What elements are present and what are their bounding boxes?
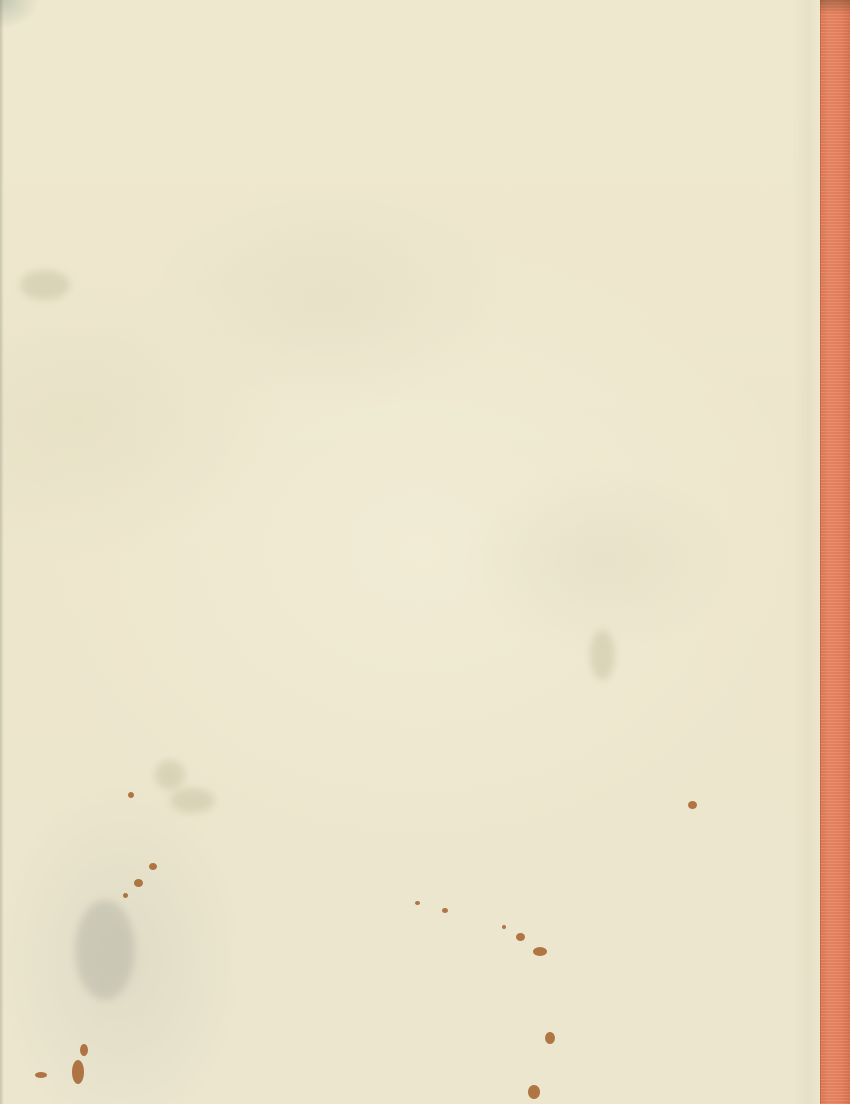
corner-wear (0, 0, 40, 30)
book-back-cover (0, 0, 850, 1104)
foxing-spot (688, 801, 697, 809)
foxing-spot (415, 901, 420, 905)
foxing-spot (502, 925, 506, 929)
stain (590, 630, 615, 680)
foxing-spot (442, 908, 448, 913)
stain (155, 760, 185, 790)
foxing-spot (123, 893, 128, 898)
cloth-spine-strip (820, 0, 850, 1104)
foxing-spot (72, 1060, 84, 1084)
spine-hinge-edge (792, 0, 820, 1104)
left-edge-shadow (0, 0, 4, 1104)
stain (20, 270, 70, 300)
foxing-spot (533, 947, 547, 956)
foxing-spot (516, 933, 525, 941)
stain (170, 788, 215, 813)
foxing-spot (128, 792, 134, 798)
foxing-spot (545, 1032, 555, 1044)
spine-top-wear (820, 0, 850, 14)
foxing-spot (35, 1072, 47, 1078)
foxing-spot (149, 863, 157, 870)
stain (75, 900, 135, 1000)
foxing-spot (528, 1085, 540, 1099)
foxing-spot (134, 879, 143, 887)
foxing-spot (80, 1044, 88, 1056)
